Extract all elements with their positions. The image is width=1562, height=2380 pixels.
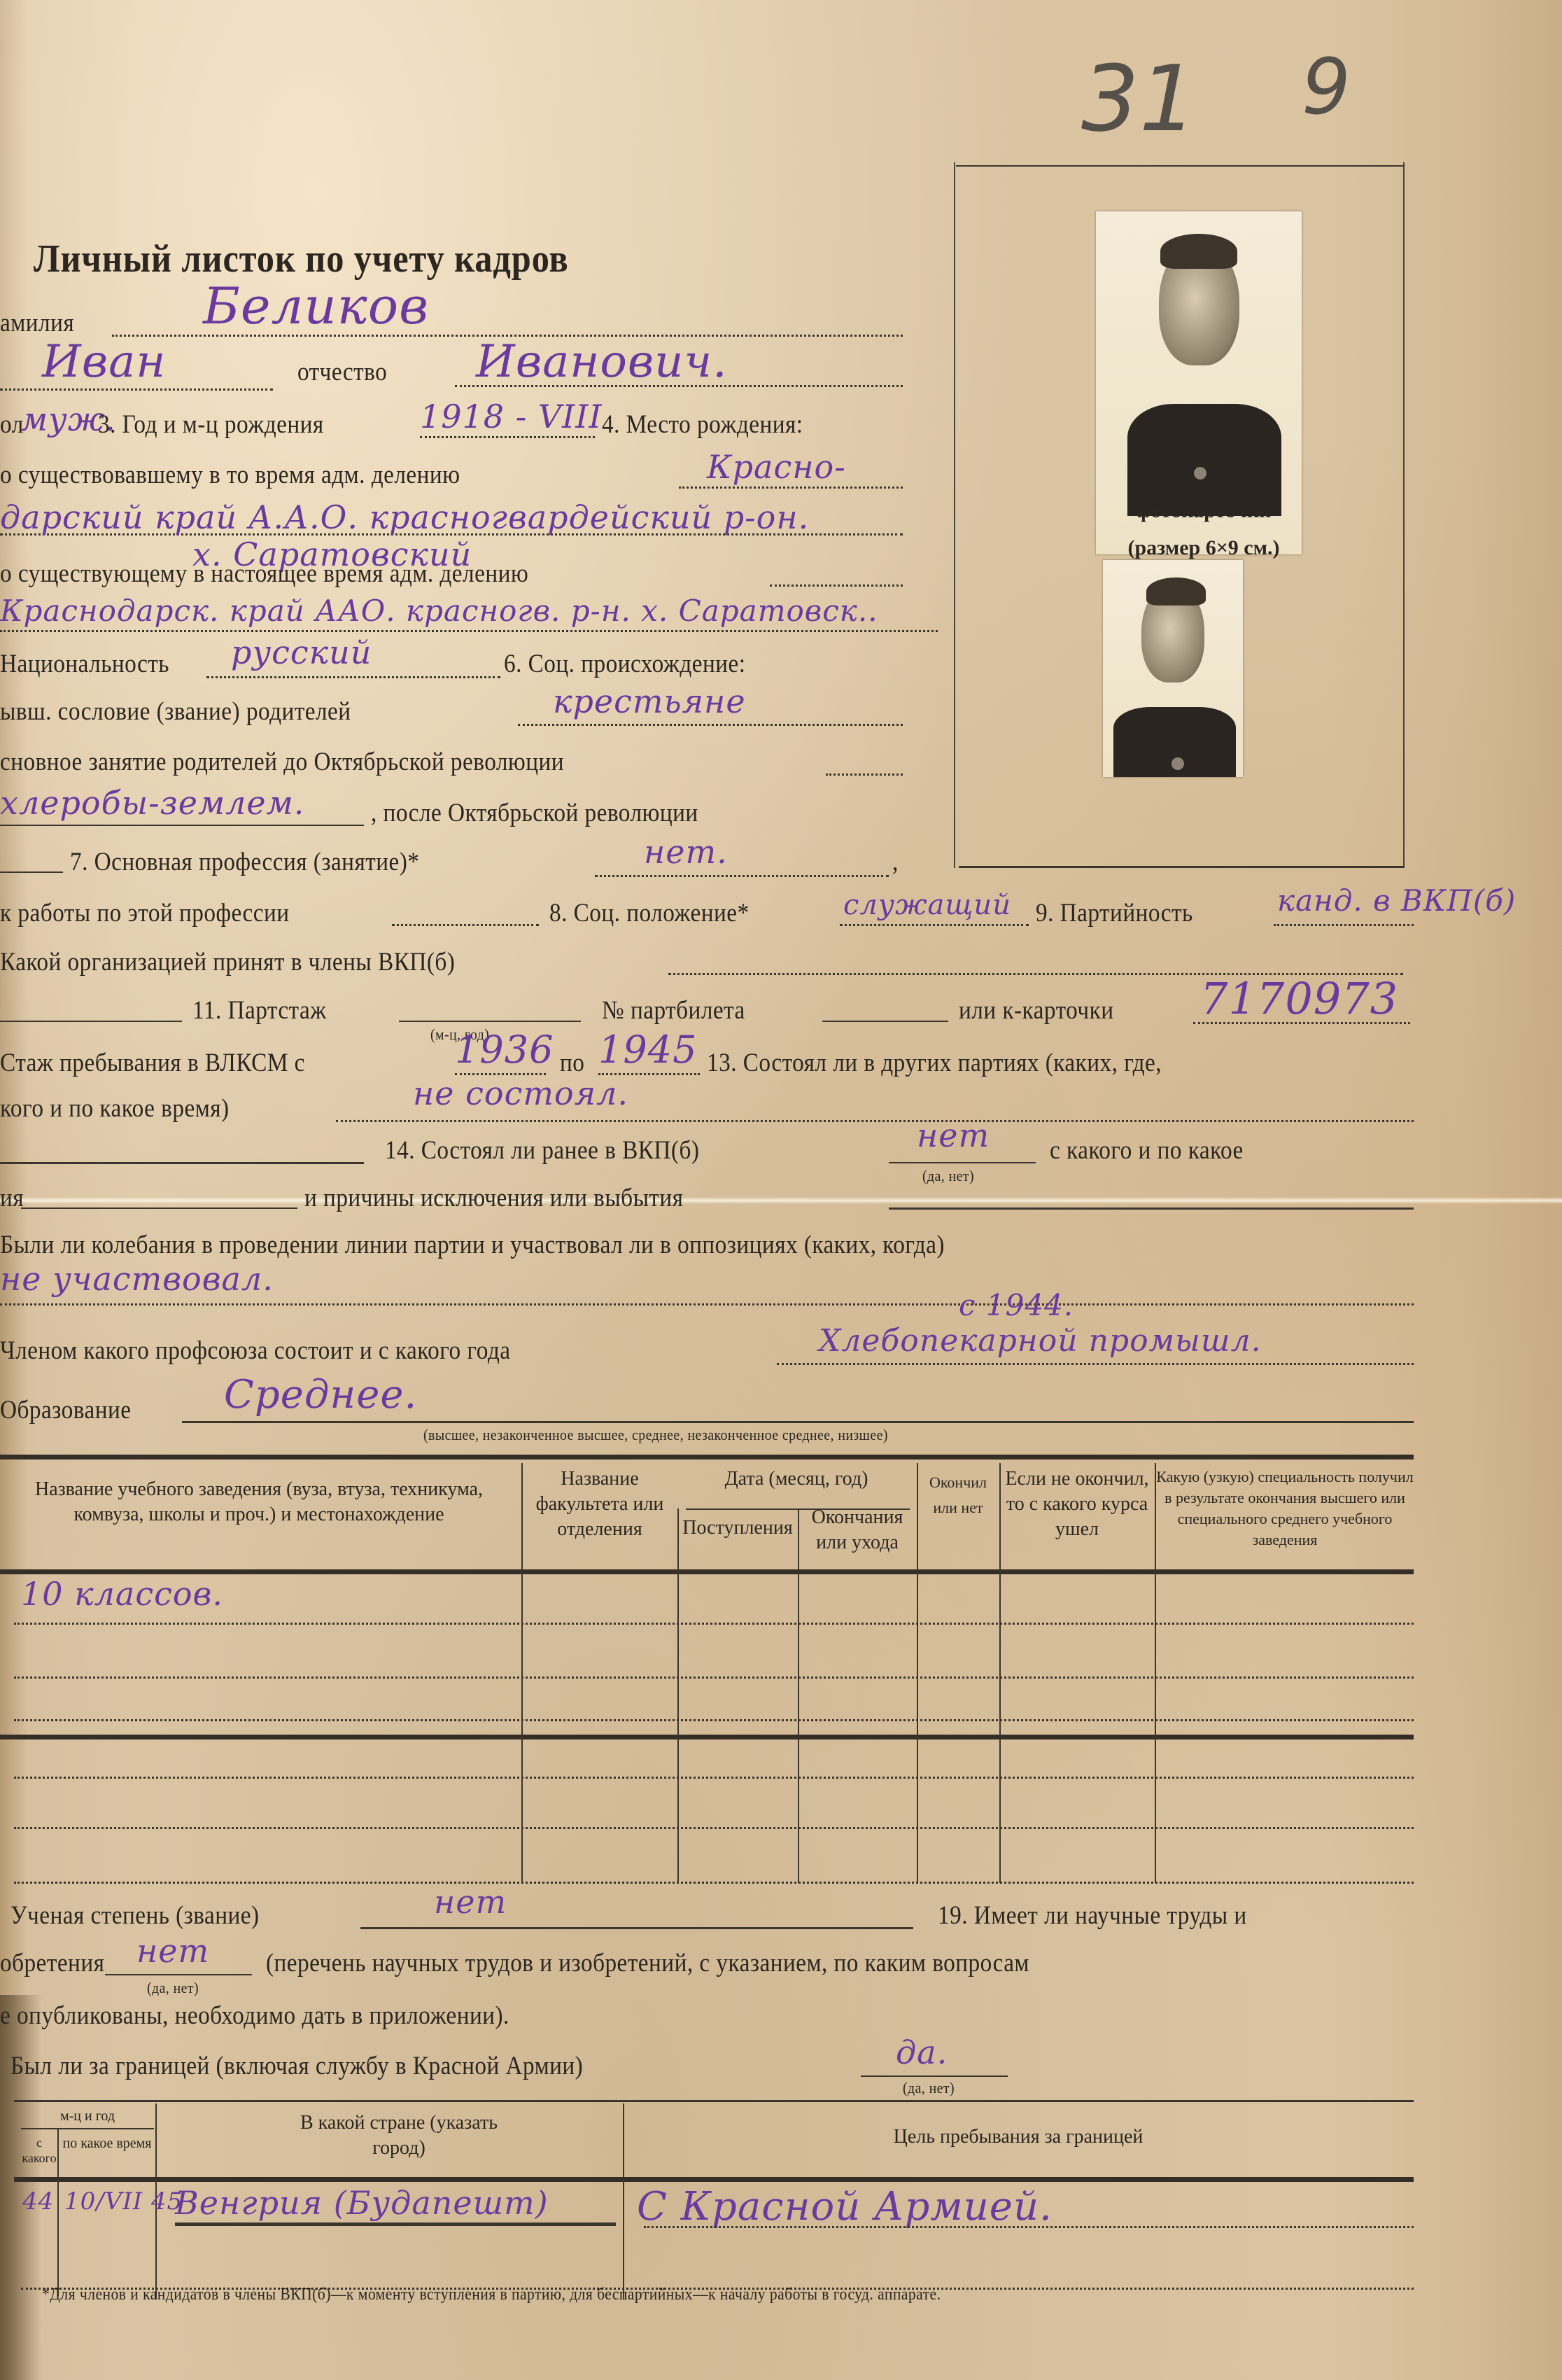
education-value[interactable]: Среднее. [224,1372,417,1417]
birth-value[interactable]: 1918 - VIII [420,398,603,435]
photo-size-caption: (размер 6×9 см.) [1050,535,1358,561]
edu-header-completed: Окончил или нет [918,1470,998,1520]
edu-row-line [14,1882,1414,1884]
candidate-card-label: или к-карточки [959,995,1113,1025]
edu-header-faculty: Название факультета или отделения [523,1466,676,1542]
inventions-line [105,1974,252,1975]
photo-caption: фотокарточки [1050,498,1358,524]
birth-label: 3. Год и м-ц рождения [98,409,324,440]
sex-label: ол [0,409,24,440]
komsomol-to-label: по [560,1048,584,1078]
exclusion-prefix: ия [0,1183,24,1213]
birthplace-label: 4. Место рождения: [602,409,803,440]
name-line [0,388,273,391]
party-org-label: Какой организацией принят в члены ВКП(б) [0,947,455,977]
abroad-line [861,2075,1008,2077]
name-value[interactable]: Иван [42,336,166,388]
surname-label: амилия [0,308,74,338]
parents-estate-label: ывш. сословие (звание) родителей [0,696,351,727]
footnote: *Для членов и кандидатов в члены ВКП(б)—… [42,2285,941,2304]
work-experience-line [392,924,539,926]
nationality-line [206,676,500,678]
edu-row-institution[interactable]: 10 классов. [21,1575,223,1613]
profession-pre-line [0,871,63,873]
prev-vkpb-label-after: с какого и по какое [1050,1135,1244,1165]
form-title: Личный листок по учету кадров [34,237,569,281]
parents-occupation-line [826,773,903,776]
social-status-label: 8. Соц. положение* [549,898,750,928]
photo-panel-top-line [956,165,1404,167]
profession-line [595,875,889,877]
patronymic-value[interactable]: Иванович. [476,336,728,388]
social-status-value[interactable]: служащий [843,889,1011,921]
edu-table-section-border [0,1735,1414,1739]
photo-panel-bottom-line [959,866,1404,868]
edu-row-line [14,1827,1414,1829]
new-division-line [770,584,903,587]
edu-header-dropped: Если не окончил, то с какого курса ушел [1001,1466,1153,1542]
other-parties-value[interactable]: не состоял. [413,1074,628,1112]
new-division-label: о существующему в настоящее время адм. д… [0,559,528,589]
prev-vkpb-hint: (да, нет) [922,1167,974,1185]
party-card-label: № партбилета [602,995,745,1025]
nationality-value[interactable]: русский [231,633,372,671]
pencil-mark: 9 [1302,42,1351,132]
old-division-line [679,486,903,489]
party-card-line [822,1021,948,1022]
abroad-hint: (да, нет) [903,2079,955,2097]
union-year[interactable]: с 1944. [959,1288,1074,1322]
paper-crease [0,1197,1562,1204]
exclusion-pre-line [21,1207,297,1209]
opposition-label: Были ли колебания в проведении линии пар… [0,1230,945,1260]
opposition-value[interactable]: не участвовал. [0,1260,274,1298]
parents-occupation-before-value[interactable]: хлеробы-землем. [0,784,304,822]
old-division-label: о существовавшему в то время адм. делени… [0,460,460,490]
edu-header-specialty: Какую (узкую) специальность получил в ре… [1156,1466,1414,1550]
social-origin-label: 6. Соц. происхождение: [504,649,745,679]
party-tenure-pre-line [0,1021,182,1022]
prev-vkpb-pre-line [0,1162,364,1164]
profession-label: 7. Основная профессия (занятие)* [70,847,419,877]
abroad-table-header-border [14,2177,1414,2182]
edu-header-end: Окончания или ухода [799,1505,915,1555]
abroad-col-sep [623,2103,624,2299]
inventions-note: (перечень научных трудов и изобретений, … [266,1948,1029,1978]
abroad-row-country[interactable]: Венгрия (Будапешт) [175,2184,549,2222]
abroad-header-purpose: Цель пребывания за границей [630,2124,1407,2150]
new-division-line-2 [0,630,938,632]
edu-header-institution: Название учебного заведения (вуза, втуза… [14,1477,504,1527]
parents-estate-value[interactable]: крестьяне [553,682,746,720]
komsomol-to[interactable]: 1945 [598,1028,697,1072]
edu-table-header-border [0,1569,1414,1574]
abroad-row-purpose[interactable]: С Красной Армией. [637,2184,1053,2229]
old-division-value-1[interactable]: Красно- [707,448,846,486]
inventions-label: обретения [0,1948,104,1978]
party-line [1274,924,1414,926]
other-parties-line [336,1120,1414,1122]
party-tenure-line [399,1021,581,1022]
edu-col-sep [521,1463,523,1883]
edu-row-line [14,1676,1414,1679]
inventions-note-cont: е опубликованы, необходимо дать в прилож… [0,2001,509,2031]
nationality-label: Национальность [0,649,169,679]
abroad-header-country: В какой стране (указать город) [294,2110,504,2161]
inventions-hint: (да, нет) [147,1979,199,1997]
abroad-header-date: м-ц и год [21,2103,154,2129]
abroad-row-from[interactable]: 44 [22,2187,54,2215]
abroad-row-country-underline [175,2222,616,2226]
parents-estate-line [518,724,903,726]
education-line [182,1421,1414,1423]
abroad-table-top-border [14,2100,1414,2102]
sheet-number: 31 [1081,45,1197,152]
abroad-header-from: с какого [21,2135,57,2166]
abroad-col-sep [57,2128,59,2296]
abroad-row-to[interactable]: 10/VII 45 [64,2187,183,2215]
education-label: Образование [0,1395,131,1425]
parents-occupation-line-2 [0,825,364,826]
surname-value[interactable]: Беликов [203,276,429,335]
comma: , [892,847,899,877]
parents-occupation-after-label: , после Октябрьской революции [371,798,698,828]
edu-row-line [14,1719,1414,1721]
social-status-line [840,924,1029,926]
party-value[interactable]: канд. в ВКП(б) [1277,883,1516,918]
exclusion-line [889,1207,1414,1210]
prev-vkpb-value[interactable]: нет [917,1116,990,1154]
abroad-label: Был ли за границей (включая службу в Кра… [10,2051,583,2081]
education-hint: (высшее, незаконченное высшее, среднее, … [423,1426,888,1444]
degree-value[interactable]: нет [434,1883,507,1921]
edu-col-sep [917,1463,918,1883]
q19-label: 19. Имеет ли научные труды и [938,1900,1247,1931]
komsomol-label: Стаж пребывания в ВЛКСМ с [0,1048,305,1078]
birth-line [420,436,595,438]
degree-line [360,1927,913,1929]
abroad-row-line [644,2226,1414,2228]
prev-vkpb-label: 14. Состоял ли ранее в ВКП(б) [385,1135,699,1165]
photo-2 [1103,560,1243,777]
edu-row-line [14,1623,1414,1625]
new-division-value[interactable]: Краснодарск. край ААО. красногв. р-н. х.… [0,594,878,628]
union-value[interactable]: Хлебопекарной промышл. [819,1323,1262,1359]
abroad-header-to: по какое время [60,2135,154,2152]
opposition-line [0,1303,1414,1305]
edu-header-start: Поступления [679,1515,796,1541]
party-tenure-label: 11. Партстаж [192,995,327,1025]
document-page: 31 9 фотокарточки (размер 6×9 см.) Личны… [0,0,1562,2380]
patronymic-label: отчество [297,357,387,387]
inventions-value[interactable]: нет [136,1932,209,1970]
work-experience-label: к работы по этой профессии [0,898,290,928]
edu-row-line [14,1777,1414,1779]
prev-vkpb-line [889,1162,1036,1163]
profession-value[interactable]: нет. [644,833,728,871]
union-label: Членом какого профсоюза состоит и с како… [0,1336,510,1366]
exclusion-label: и причины исключения или выбытия [304,1183,683,1213]
candidate-card-value[interactable]: 7170973 [1200,973,1398,1024]
komsomol-from[interactable]: 1936 [455,1028,554,1072]
old-division-value-2[interactable]: дарский край А.А.О. красногвардейский р-… [0,498,809,536]
other-parties-label: 13. Состоял ли в других партиях (каких, … [707,1048,1162,1078]
union-line [777,1363,1414,1365]
abroad-value[interactable]: да. [896,2033,948,2071]
parents-occupation-before-label: сновное занятие родителей до Октябрьской… [0,747,564,777]
party-label: 9. Партийность [1036,898,1193,928]
edu-header-date: Дата (месяц, год) [677,1466,915,1492]
other-parties-label-cont: кого и по какое время) [0,1093,230,1123]
edu-table-top-border [0,1455,1414,1459]
degree-label: Ученая степень (звание) [10,1900,260,1931]
